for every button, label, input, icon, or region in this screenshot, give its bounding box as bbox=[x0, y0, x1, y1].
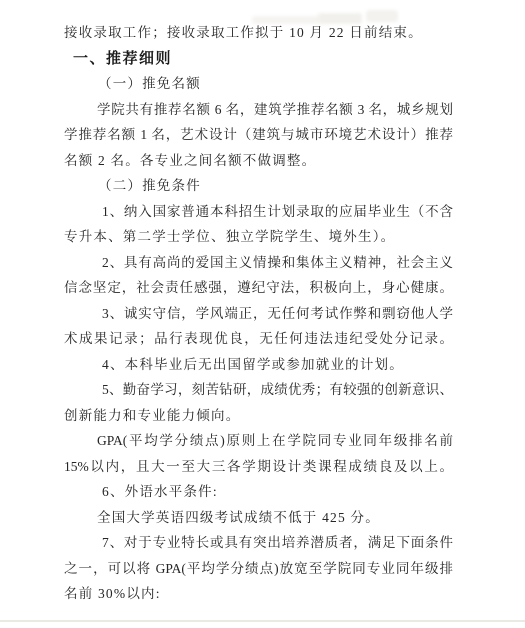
text-line: 信念坚定，社会责任感强，遵纪守法，积极向上，身心健康。 bbox=[64, 275, 453, 301]
document-page: 接收录取工作；接收录取工作拟于 10 月 22 日前结束。一、推荐细则（一）推免… bbox=[0, 0, 525, 628]
text-line: 名额 2 名。各专业之间名额不做调整。 bbox=[64, 148, 453, 174]
text-line: 专升本、第二学士学位、独立学院学生、境外生）。 bbox=[64, 224, 453, 250]
text-line: 创新能力和专业能力倾向。 bbox=[64, 403, 453, 429]
text-line: 全国大学英语四级考试成绩不低于 425 分。 bbox=[64, 505, 453, 531]
text-line: 之一，可以将 GPA(平均学分绩点)放宽至学院同专业同年级排 bbox=[64, 556, 453, 582]
text-line: 4、本科毕业后无出国留学或参加就业的计划。 bbox=[64, 352, 453, 378]
subsection-heading: （二）推免条件 bbox=[64, 173, 453, 199]
text-line: 1、纳入国家普通本科招生计划录取的应届毕业生（不含 bbox=[64, 199, 453, 225]
text-line: 术成果记录；品行表现优良，无任何违法违纪受处分记录。 bbox=[64, 326, 453, 352]
subsection-heading: （一）推免名额 bbox=[64, 71, 453, 97]
text-line: 6、外语水平条件: bbox=[64, 479, 453, 505]
text-line: GPA(平均学分绩点)原则上在学院同专业同年级排名前 bbox=[64, 428, 453, 454]
text-line: 7、对于专业特长或具有突出培养潜质者，满足下面条件 bbox=[64, 530, 453, 556]
page-bottom-rule bbox=[0, 620, 525, 622]
text-line: 学推荐名额 1 名，艺术设计（建筑与城市环境艺术设计）推荐 bbox=[64, 122, 453, 148]
document-body: 接收录取工作；接收录取工作拟于 10 月 22 日前结束。一、推荐细则（一）推免… bbox=[64, 20, 453, 607]
text-line: 2、具有高尚的爱国主义情操和集体主义精神，社会主义 bbox=[64, 250, 453, 276]
text-line: 15%以内，且大一至大三各学期设计类课程成绩良及以上。 bbox=[64, 454, 453, 480]
text-line: 名前 30%以内: bbox=[64, 581, 453, 607]
text-line: 3、诚实守信，学风端正，无任何考试作弊和剽窃他人学 bbox=[64, 301, 453, 327]
section-heading: 一、推荐细则 bbox=[64, 46, 453, 72]
text-line: 接收录取工作；接收录取工作拟于 10 月 22 日前结束。 bbox=[64, 20, 453, 46]
text-line: 学院共有推荐名额 6 名，建筑学推荐名额 3 名，城乡规划 bbox=[64, 97, 453, 123]
text-line: 5、勤奋学习，刻苦钻研，成绩优秀；有较强的创新意识、 bbox=[64, 377, 453, 403]
